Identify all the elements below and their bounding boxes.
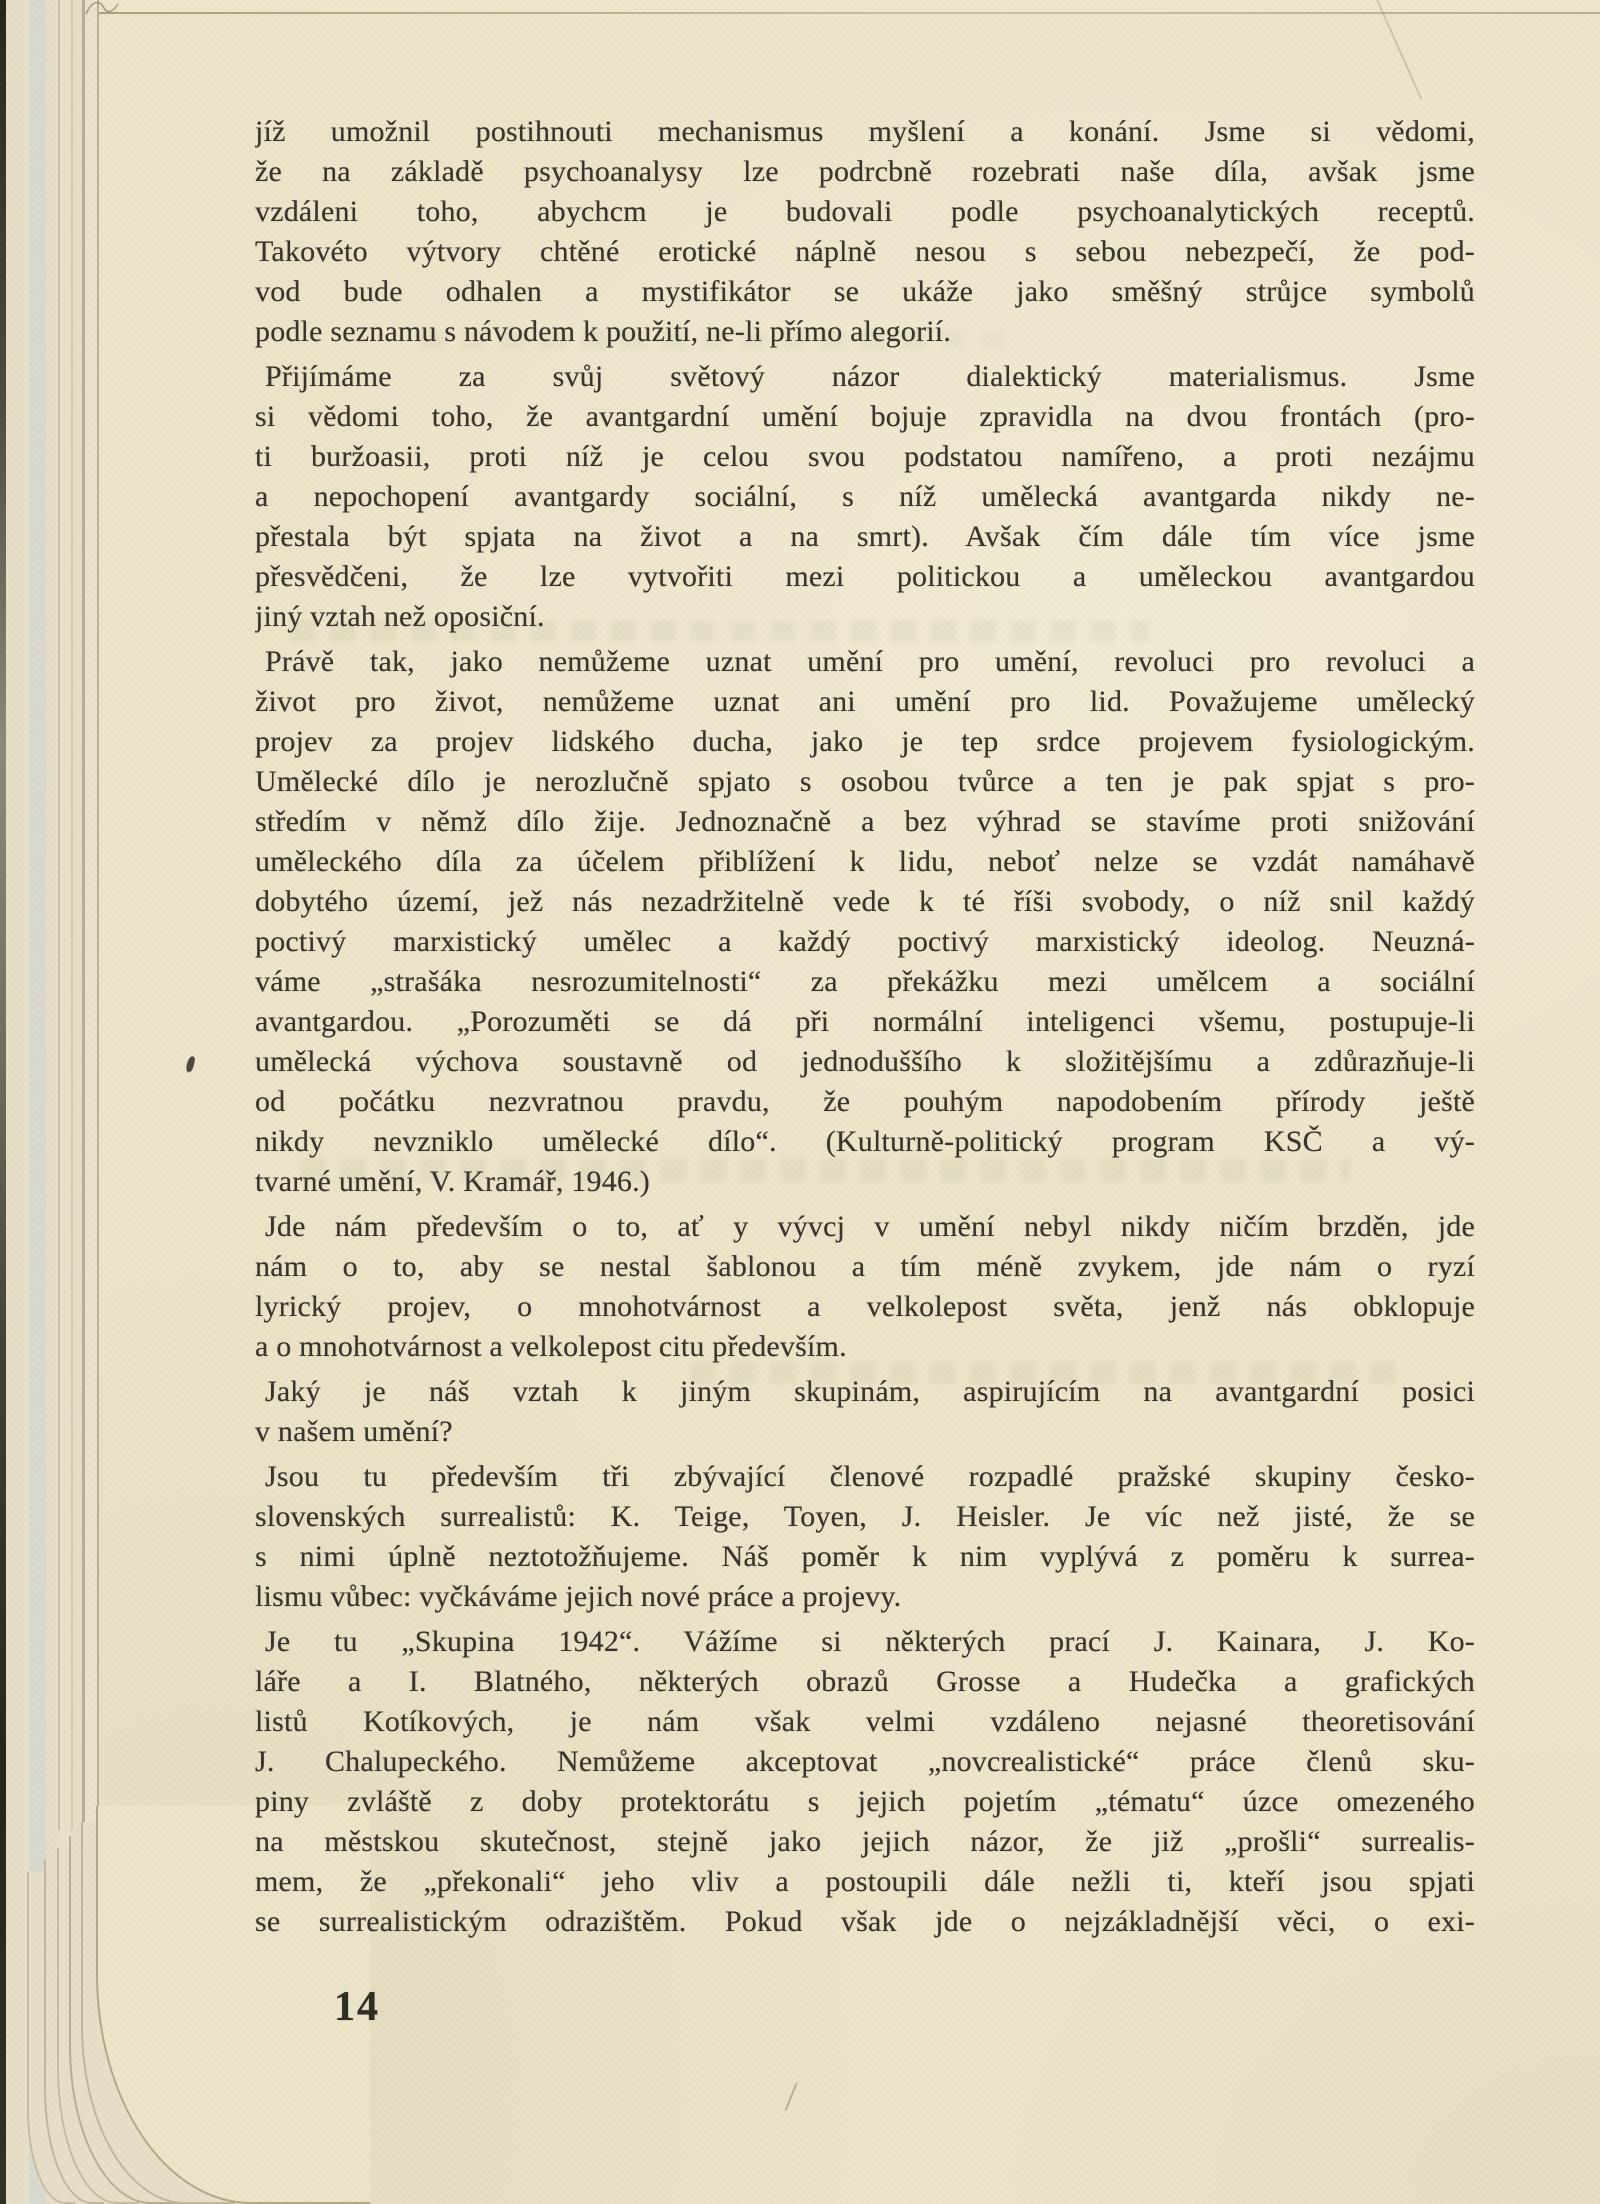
paragraph: Právě tak, jako nemůžeme uznat umění pro… bbox=[255, 642, 1475, 1202]
paragraph: Jaký je náš vztah k jiným skupinám, aspi… bbox=[255, 1372, 1475, 1452]
text-line: láře a I. Blatného, některých obrazů Gro… bbox=[255, 1662, 1475, 1702]
text-line: poctivý marxistický umělec a každý pocti… bbox=[255, 922, 1475, 962]
text-line: život pro život, nemůžeme uznat ani uměn… bbox=[255, 682, 1475, 722]
text-line: Umělecké dílo je nerozlučně spjato s oso… bbox=[255, 762, 1475, 802]
text-line: se surrealistickým odrazištěm. Pokud vša… bbox=[255, 1902, 1475, 1942]
text-line: nikdy nevzniklo umělecké dílo“. (Kulturn… bbox=[255, 1122, 1475, 1162]
text-line: s nimi úplně neztotožňujeme. Náš poměr k… bbox=[255, 1537, 1475, 1577]
text-line: avantgardou. „Porozuměti se dá při normá… bbox=[255, 1002, 1475, 1042]
scanned-book-page: { "page": { "number": "14", "language": … bbox=[0, 0, 1600, 2204]
text-line: lyrický projev, o mnohotvárnost a velkol… bbox=[255, 1287, 1475, 1327]
text-line: Takovéto výtvory chtěné erotické náplně … bbox=[255, 232, 1475, 272]
text-line: piny zvláště z doby protektorátu s jejic… bbox=[255, 1782, 1475, 1822]
paragraph: Je tu „Skupina 1942“. Vážíme si některýc… bbox=[255, 1622, 1475, 1942]
page-edge-strip bbox=[6, 0, 29, 2204]
text-line: Jsou tu především tři zbývající členové … bbox=[255, 1457, 1475, 1497]
text-line: a nepochopení avantgardy sociální, s níž… bbox=[255, 477, 1475, 517]
text-line: jiný vztah než oposiční. bbox=[255, 597, 1475, 637]
page-text-block: jíž umožnil postihnouti mechanismus myšl… bbox=[255, 112, 1475, 1942]
text-line: a o mnohotvárnost a velkolepost citu pře… bbox=[255, 1327, 1475, 1367]
text-line: přesvědčeni, že lze vytvořiti mezi polit… bbox=[255, 557, 1475, 597]
text-line: vzdáleni toho, abychcm je budovali podle… bbox=[255, 192, 1475, 232]
text-line: slovenských surrealistů: K. Teige, Toyen… bbox=[255, 1497, 1475, 1537]
text-line: uměleckého díla za účelem přiblížení k l… bbox=[255, 842, 1475, 882]
page-number: 14 bbox=[334, 1983, 380, 2031]
text-line: Je tu „Skupina 1942“. Vážíme si některýc… bbox=[255, 1622, 1475, 1662]
text-line: že na základě psychoanalysy lze podrcbně… bbox=[255, 152, 1475, 192]
corner-squiggle-mark bbox=[82, 0, 122, 20]
paragraph: Jsou tu především tři zbývající členové … bbox=[255, 1457, 1475, 1617]
text-line: umělecká výchova soustavně od jednodušší… bbox=[255, 1042, 1475, 1082]
text-line: Právě tak, jako nemůžeme uznat umění pro… bbox=[255, 642, 1475, 682]
page-edge-line bbox=[82, 0, 85, 1830]
text-line: projev za projev lidského ducha, jako je… bbox=[255, 722, 1475, 762]
page-top-margin bbox=[99, 0, 1600, 12]
text-line: jíž umožnil postihnouti mechanismus myšl… bbox=[255, 112, 1475, 152]
text-line: si vědomi toho, že avantgardní umění boj… bbox=[255, 397, 1475, 437]
text-line: listů Kotíkových, je nám však velmi vzdá… bbox=[255, 1702, 1475, 1742]
page-edge-line bbox=[58, 0, 60, 1830]
text-line: v našem umění? bbox=[255, 1412, 1475, 1452]
text-line: od počátku nezvratnou pravdu, že pouhým … bbox=[255, 1082, 1475, 1122]
text-line: lismu vůbec: vyčkáváme jejich nové práce… bbox=[255, 1577, 1475, 1617]
paragraph: Přijímáme za svůj světový názor dialekti… bbox=[255, 357, 1475, 637]
text-line: Přijímáme za svůj světový názor dialekti… bbox=[255, 357, 1475, 397]
text-line: na městskou skutečnost, stejně jako jeji… bbox=[255, 1822, 1475, 1862]
text-line: Jaký je náš vztah k jiným skupinám, aspi… bbox=[255, 1372, 1475, 1412]
text-line: mem, že „překonali“ jeho vliv a postoupi… bbox=[255, 1862, 1475, 1902]
text-line: ti buržoasii, proti níž je celou svou po… bbox=[255, 437, 1475, 477]
text-line: nám o to, aby se nestal šablonou a tím m… bbox=[255, 1247, 1475, 1287]
page-edge-line bbox=[71, 0, 73, 1830]
paragraph: Jde nám především o to, ať y vývcj v umě… bbox=[255, 1207, 1475, 1367]
paragraph: jíž umožnil postihnouti mechanismus myšl… bbox=[255, 112, 1475, 352]
text-line: přestala být spjata na život a na smrt).… bbox=[255, 517, 1475, 557]
text-line: J. Chalupeckého. Nemůžeme akceptovat „no… bbox=[255, 1742, 1475, 1782]
text-line: váme „strašáka nesrozumitelnosti“ za pře… bbox=[255, 962, 1475, 1002]
text-line: Jde nám především o to, ať y vývcj v umě… bbox=[255, 1207, 1475, 1247]
page-top-edge-line bbox=[99, 12, 1600, 14]
text-line: tvarné umění, V. Kramář, 1946.) bbox=[255, 1162, 1475, 1202]
text-line: vod bude odhalen a mystifikátor se ukáže… bbox=[255, 272, 1475, 312]
text-line: podle seznamu s návodem k použití, ne-li… bbox=[255, 312, 1475, 352]
text-line: dobytého území, jež nás nezadržitelně ve… bbox=[255, 882, 1475, 922]
text-line: středím v němž dílo žije. Jednoznačně a … bbox=[255, 802, 1475, 842]
